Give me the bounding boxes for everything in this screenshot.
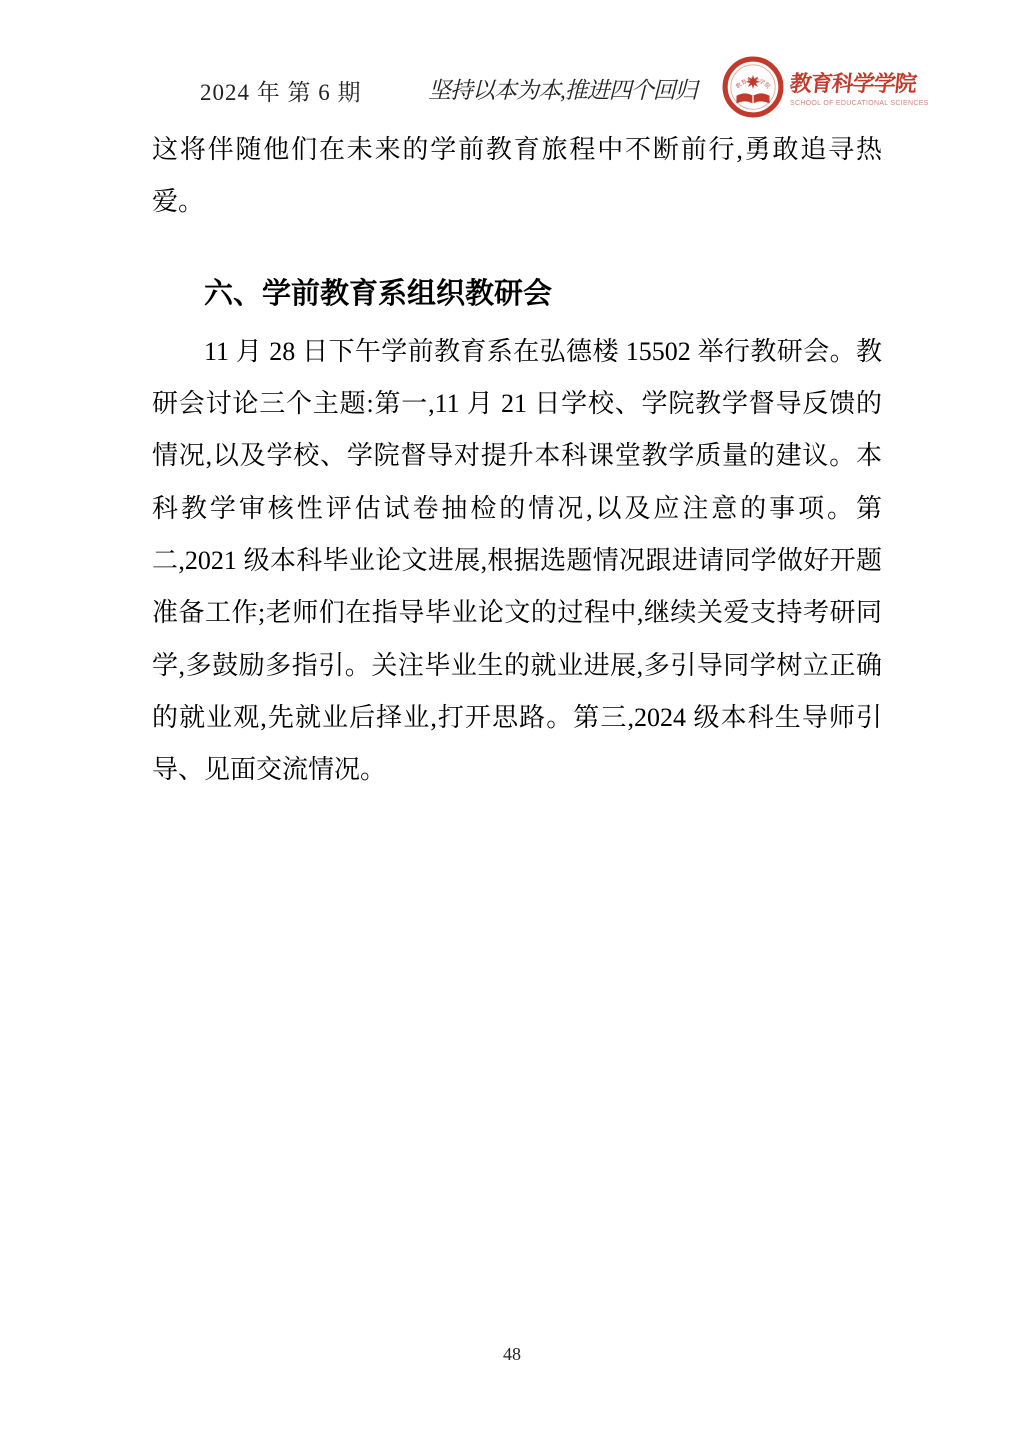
school-logo-icon: 教育科学学院 bbox=[722, 56, 784, 118]
section-heading: 六、学前教育系组织教研会 bbox=[152, 268, 882, 320]
issue-label: 2024 年 第 6 期 bbox=[200, 74, 362, 107]
continuation-paragraph: 这将伴随他们在未来的学前教育旅程中不断前行,勇敢追寻热爱。 bbox=[152, 124, 882, 229]
school-logo-text: 教育科学学院 SCHOOL OF EDUCATIONAL SCIENCES bbox=[790, 56, 929, 107]
logo-star-icon bbox=[746, 75, 760, 89]
page-number: 48 bbox=[0, 1344, 1024, 1365]
document-body: 这将伴随他们在未来的学前教育旅程中不断前行,勇敢追寻热爱。 六、学前教育系组织教… bbox=[152, 124, 882, 797]
school-name-english: SCHOOL OF EDUCATIONAL SCIENCES bbox=[790, 100, 929, 107]
header-motto: 坚持以本为本,推进四个回归 bbox=[428, 72, 697, 105]
document-page: 2024 年 第 6 期 坚持以本为本,推进四个回归 教育科学学院 教育科学学院… bbox=[0, 0, 1024, 1448]
section-paragraph: 11 月 28 日下午学前教育系在弘德楼 15502 举行教研会。教研会讨论三个… bbox=[152, 326, 882, 797]
school-logo: 教育科学学院 教育科学学院 SCHOOL OF EDUCATIONAL SCIE… bbox=[722, 56, 929, 118]
school-name: 教育科学学院 bbox=[788, 67, 917, 98]
